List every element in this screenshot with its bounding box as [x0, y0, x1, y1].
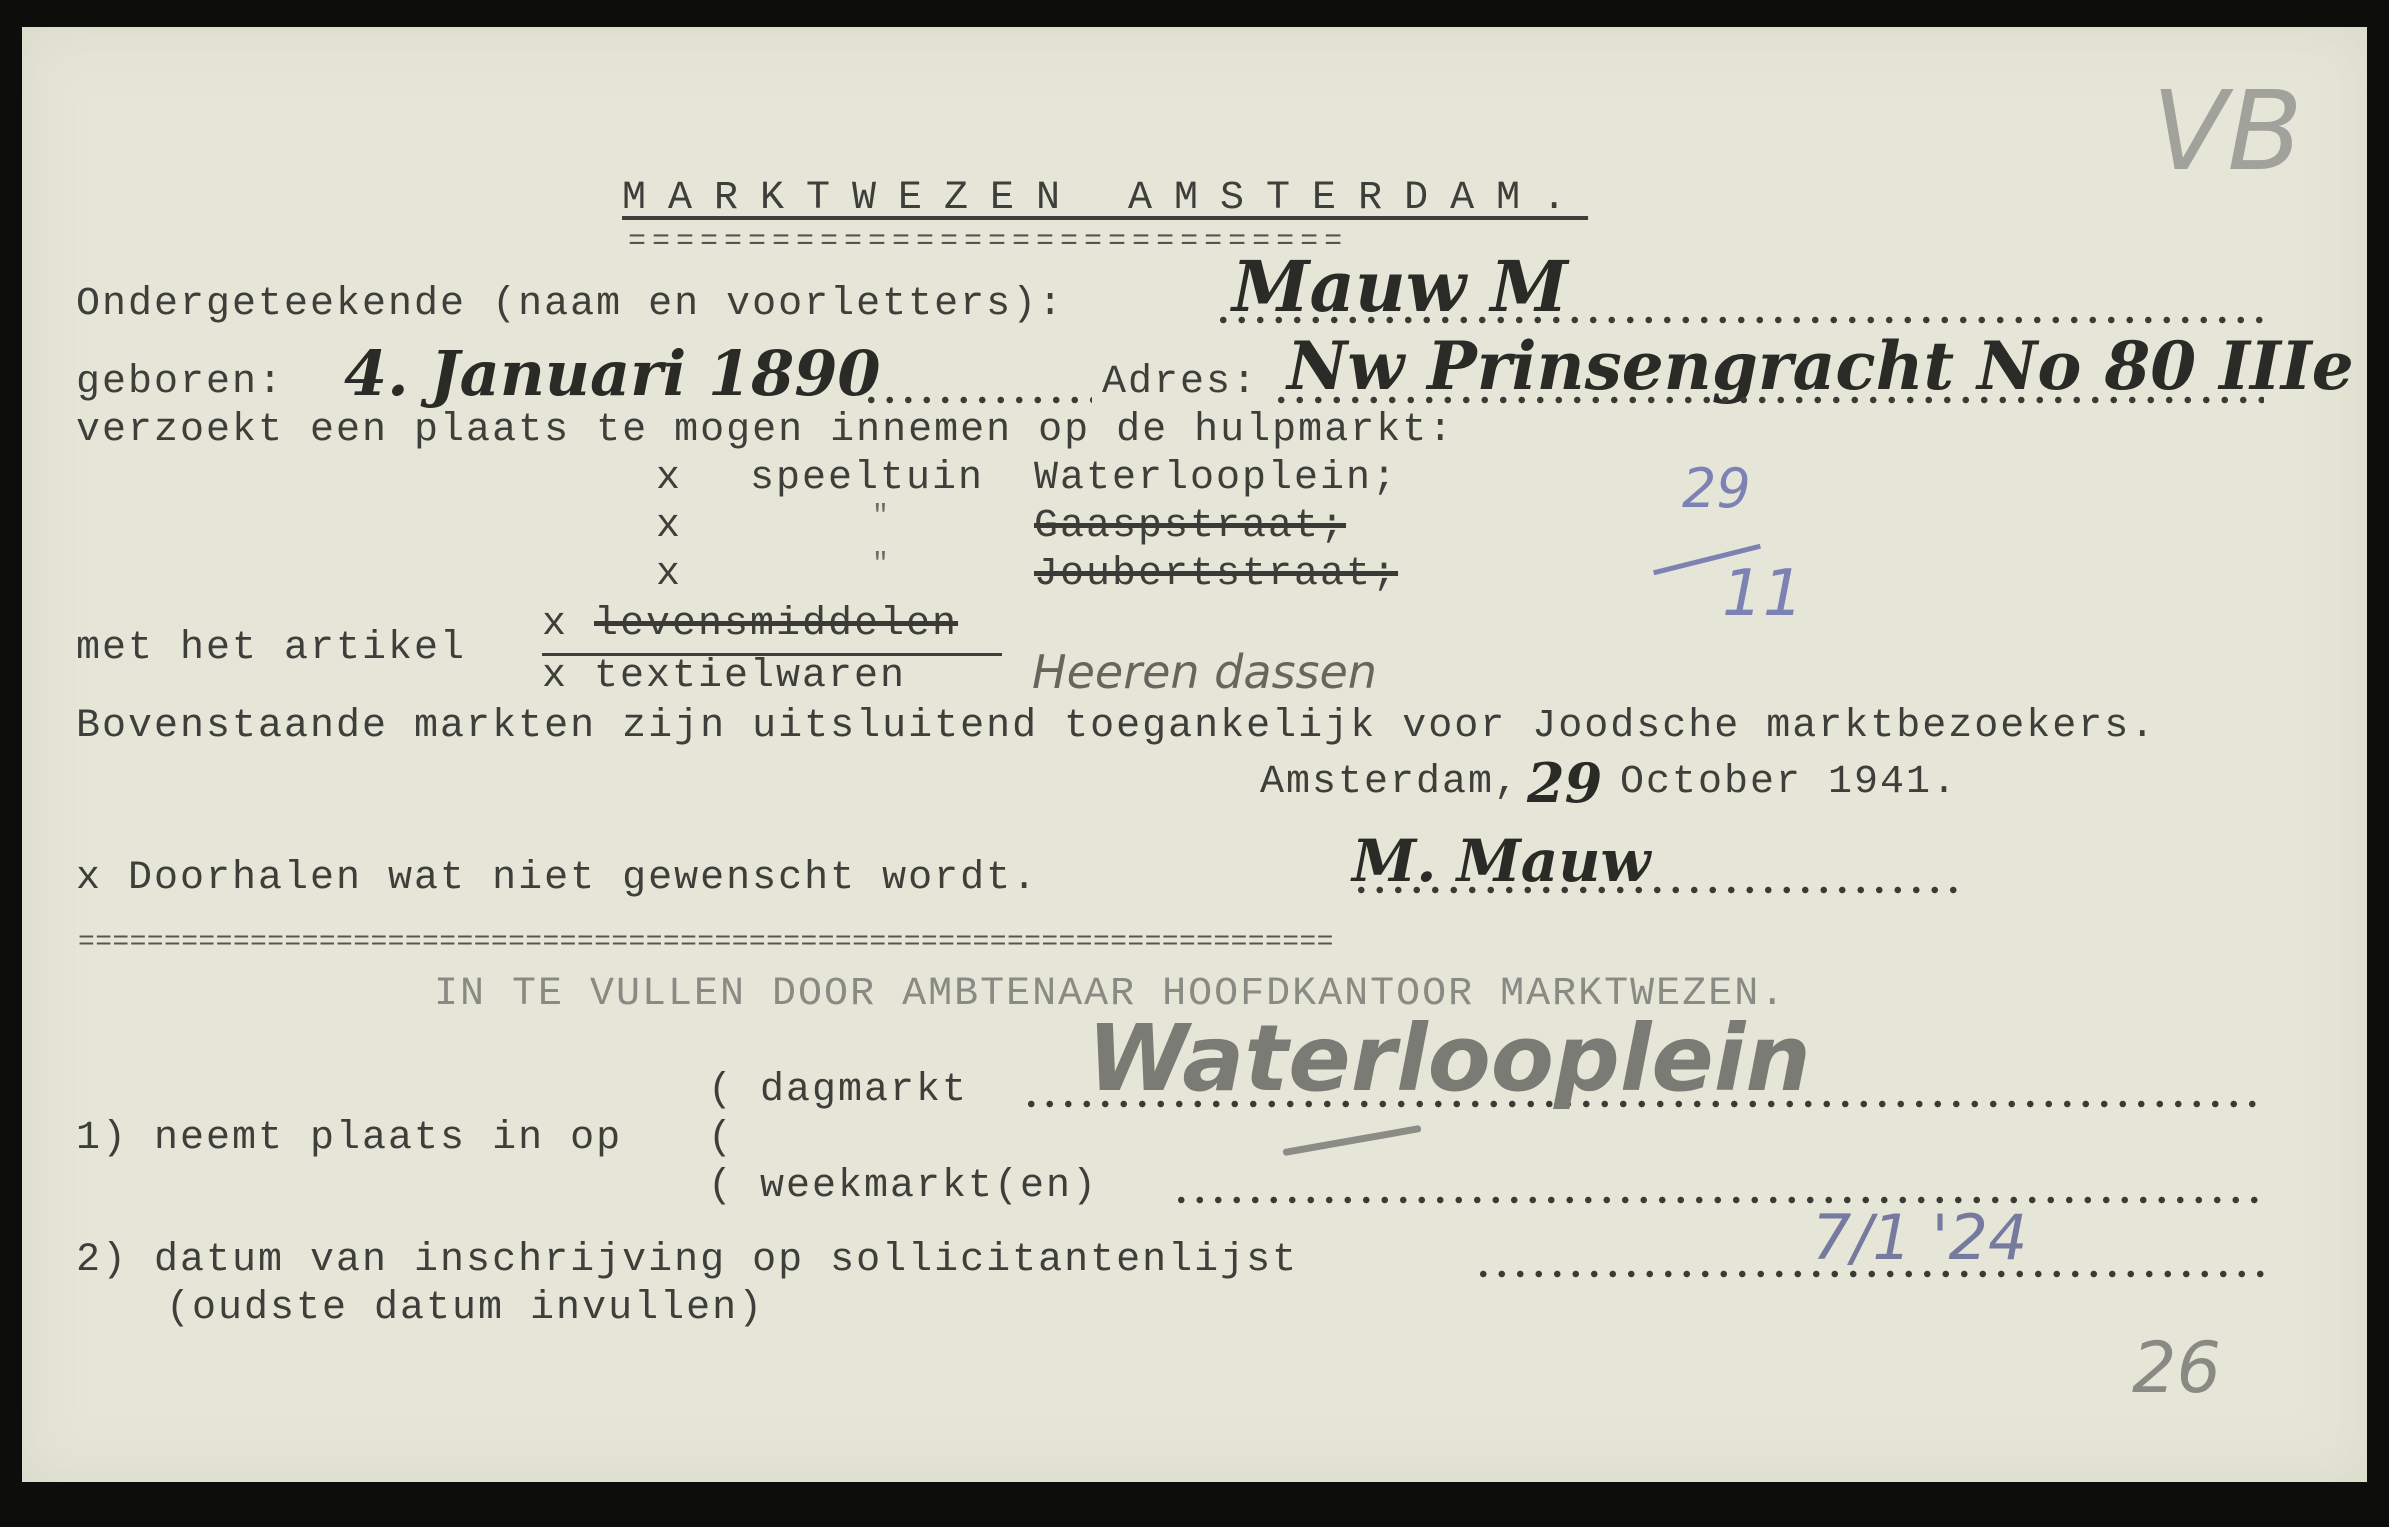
- option-prefix-1: speeltuin: [750, 459, 984, 499]
- weekmarkt-label: ( weekmarkt(en): [708, 1167, 1098, 1207]
- signature-dotted-line: [1352, 885, 1962, 895]
- document-title: MARKTWEZEN AMSTERDAM.: [622, 179, 1588, 219]
- pencil-dash-mark: [1282, 1125, 1421, 1156]
- born-value: 4. Januari 1890: [344, 337, 881, 410]
- dagmarkt-label: ( dagmarkt: [708, 1071, 968, 1111]
- article-mark-2: x: [542, 657, 568, 697]
- option-prefix-2: ": [872, 503, 891, 531]
- article-note-handwritten: Heeren dassen: [1032, 645, 1377, 699]
- item1-label: 1) neemt plaats in op: [76, 1119, 622, 1159]
- notice-text: Bovenstaande markten zijn uitsluitend to…: [76, 707, 2156, 747]
- option-prefix-3: ": [872, 551, 891, 579]
- place-date-suffix: October 1941.: [1620, 763, 1958, 803]
- name-label: Ondergeteekende (naam en voorletters):: [76, 285, 1064, 325]
- place-date-day: 29: [1527, 751, 1602, 815]
- item2-sublabel: (oudste datum invullen): [166, 1289, 764, 1329]
- option-mark-1: x: [656, 459, 682, 499]
- pencil-initials-annotation: VB: [2152, 67, 2303, 195]
- request-intro: verzoekt een plaats te mogen innemen op …: [76, 411, 1454, 451]
- article-label: met het artikel: [76, 629, 466, 669]
- address-label: Adres:: [1102, 363, 1258, 403]
- option-place-waterlooplein: Waterlooplein;: [1034, 459, 1398, 499]
- weekmarkt-dotted-line: [1172, 1195, 2262, 1205]
- strike-instruction: x Doorhalen wat niet gewenscht wordt.: [76, 859, 1038, 899]
- option-place-gaaspstraat: Gaaspstraat;: [1034, 507, 1346, 547]
- address-dotted-line: [1272, 395, 2264, 405]
- section-divider: ========================================…: [78, 929, 1334, 957]
- place-date-prefix: Amsterdam,: [1260, 763, 1520, 803]
- bracket-middle: (: [708, 1119, 734, 1159]
- option-mark-2: x: [656, 507, 682, 547]
- item2-value-handwritten: 7/1 '24: [1812, 1201, 2027, 1274]
- born-dotted-line: [862, 395, 1092, 405]
- blue-date-denominator: 11: [1722, 557, 1803, 631]
- article-levensmiddelen: levensmiddelen: [594, 605, 958, 645]
- item2-label: 2) datum van inschrijving op sollicitant…: [76, 1241, 1298, 1281]
- address-value: Nw Prinsengracht No 80 IIIe: [1287, 327, 2354, 405]
- born-label: geboren:: [76, 363, 284, 403]
- option-place-joubertstraat: Joubertstraat;: [1034, 555, 1398, 595]
- dagmarkt-value-handwritten: Waterlooplein: [1087, 1005, 1811, 1112]
- blue-date-numerator: 29: [1682, 457, 1751, 520]
- article-mark-1: x: [542, 605, 568, 645]
- name-dotted-line: [1214, 315, 2264, 325]
- registration-card: MARKTWEZEN AMSTERDAM. ==================…: [22, 27, 2367, 1482]
- article-textielwaren: textielwaren: [594, 657, 906, 697]
- pencil-page-number: 26: [2132, 1327, 2221, 1409]
- option-mark-3: x: [656, 555, 682, 595]
